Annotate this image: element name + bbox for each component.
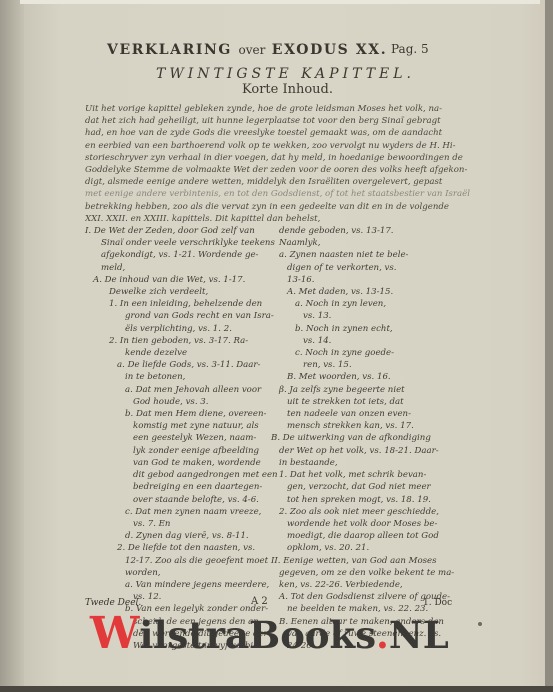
watermark-first-letter: W	[90, 608, 139, 659]
chapter-title: TWINTIGSTE KAPITTEL.	[83, 66, 478, 82]
outline-line: gegeven, om ze den volke bekent te ma-	[271, 567, 471, 579]
intro-line: digt, alsmede eenige andere wetten, midd…	[85, 176, 478, 188]
outline-line: I. De Wet der Zeden, door God zelf van	[85, 225, 260, 237]
intro-line: storieschryver zyn verhaal in dier voege…	[85, 152, 478, 164]
running-head-word-verklaring: VERKLARING	[107, 42, 232, 58]
outline-line: over staande belofte, vs. 4-6.	[85, 494, 260, 506]
intro-line: en eerbied van een barthoerend volk op t…	[85, 140, 478, 152]
outline-line: dit gebod aangedrongen met een	[85, 469, 260, 481]
right-column: dende geboden, vs. 13-17.Naamlyk,a. Zyne…	[271, 225, 471, 652]
watermark-middle: ilstraBooks	[139, 613, 376, 657]
watermark-suffix: NL	[389, 613, 449, 657]
outline-line: ëls verplichting, vs. 1. 2.	[85, 323, 260, 335]
outline-line: a. Noch in zyn leven,	[271, 298, 471, 310]
outline-line: Naamlyk,	[271, 237, 471, 249]
outline-line: A. De inhoud van die Wet, vs. 1-17.	[85, 274, 260, 286]
outline-line: c. Noch in zyne goede-	[271, 347, 471, 359]
outline-line: 2. De liefde tot den naasten, vs.	[85, 542, 260, 554]
watermark-dot: .	[376, 613, 389, 657]
outline-line: meld,	[85, 262, 260, 274]
intro-paragraph: Uit het vorige kapittel gebleken zynde, …	[83, 103, 478, 225]
outline-line: c. Dat men zynen naam vreeze,	[85, 506, 260, 518]
outline-line: 2. Zoo als ook niet meer geschiedde,	[271, 506, 471, 518]
outline-line: worden,	[85, 567, 260, 579]
page-top-edge	[20, 0, 540, 4]
outline-line: 12-17. Zoo als die geoefent moet	[85, 555, 260, 567]
outline-line: in bestaande,	[271, 457, 471, 469]
chapter-subtitle: Korte Inhoud.	[83, 82, 478, 97]
outline-line: wordende het volk door Moses be-	[271, 518, 471, 530]
intro-line: betrekking hebben, zoo als die vervat zy…	[85, 201, 478, 213]
running-head-title: VERKLARING over EXODUS XX.	[107, 42, 387, 58]
outline-line: van God te maken, wordende	[85, 457, 260, 469]
outline-line: 1. In een inleiding, behelzende den	[85, 298, 260, 310]
outline-line: een geestelyk Wezen, naam-	[85, 432, 260, 444]
outline-line: a. Zynen naasten niet te bele-	[271, 249, 471, 261]
left-column: I. De Wet der Zeden, door God zelf vanSi…	[85, 225, 260, 652]
running-head-word-over: over	[238, 43, 265, 57]
outline-line: b. Noch in zynen echt,	[271, 323, 471, 335]
outline-line: d. Zynen dag vierē, vs. 8-11.	[85, 530, 260, 542]
outline-line: bedreiging en een daartegen-	[85, 481, 260, 493]
outline-line: digen of te verkorten, vs.	[271, 262, 471, 274]
scan-bottom-edge	[0, 686, 553, 692]
page-content: VERKLARING over EXODUS XX. Pag. 5 TWINTI…	[83, 38, 478, 225]
outline-line: a. Dat men Jehovah alleen voor	[85, 384, 260, 396]
gathering-signature: A 2	[251, 596, 268, 607]
outline-line: mensch strekken kan, vs. 17.	[271, 420, 471, 432]
outline-line: B. De uitwerking van de afkondiging	[271, 432, 471, 444]
outline-line: 13-16.	[271, 274, 471, 286]
outline-line: opklom, vs. 20. 21.	[271, 542, 471, 554]
outline-line: komstig met zyne natuur, als	[85, 420, 260, 432]
outline-line: β. Ja zelfs zyne begeerte niet	[271, 384, 471, 396]
intro-line: had, en hoe van de zyde Gods die vreesly…	[85, 127, 478, 139]
intro-line: dat het zich had geheiligt, uit hunne le…	[85, 115, 478, 127]
page-gutter-shadow	[0, 0, 24, 692]
outline-line: vs. 14.	[271, 335, 471, 347]
scanned-book-page: VERKLARING over EXODUS XX. Pag. 5 TWINTI…	[0, 0, 553, 692]
outline-line: B. Met woorden, vs. 16.	[271, 371, 471, 383]
outline-line: ken, vs. 22-26. Verbiedende,	[271, 579, 471, 591]
outline-line: moedigt, die daarop alleen tot God	[271, 530, 471, 542]
page-number: Pag. 5	[391, 42, 429, 56]
outline-line: Sinaï onder veele verschriklyke teekens	[85, 237, 260, 249]
outline-line: God houde, vs. 3.	[85, 396, 260, 408]
outline-line: dende geboden, vs. 13-17.	[271, 225, 471, 237]
outline-line: vs. 7. En	[85, 518, 260, 530]
outline-line: a. Van mindere jegens meerdere,	[85, 579, 260, 591]
outline-line: lyk zonder eenige afbeelding	[85, 445, 260, 457]
intro-line: met eenige andere verbintenis, en tot de…	[85, 188, 478, 200]
outline-line: kende dezelve	[85, 347, 260, 359]
outline-line: a. De liefde Gods, vs. 3-11. Daar-	[85, 359, 260, 371]
running-head-word-exodus: EXODUS XX.	[272, 42, 387, 58]
outline-line: gen, verzocht, dat God niet meer	[271, 481, 471, 493]
volume-signature: Twede Deel.	[85, 598, 141, 608]
outline-line: vs. 13.	[271, 310, 471, 322]
wilstrabooks-watermark: WilstraBooks.NL	[90, 608, 449, 659]
outline-line: 2. In tien geboden, vs. 3-17. Ra-	[85, 335, 260, 347]
outline-line: uit te strekken tot iets, dat	[271, 396, 471, 408]
outline-line: II. Eenige wetten, van God aan Moses	[271, 555, 471, 567]
outline-line: 1. Dat het volk, met schrik bevan-	[271, 469, 471, 481]
outline-line: grond van Gods recht en van Isra-	[85, 310, 260, 322]
intro-line: Goddelyke Stemme de volmaakte Wet der ze…	[85, 164, 478, 176]
outline-line: afgekondigt, vs. 1-21. Wordende ge-	[85, 249, 260, 261]
paper-speck	[478, 622, 482, 626]
outline-line: tot hen spreken mogt, vs. 18. 19.	[271, 494, 471, 506]
outline-line: Dewelke zich verdeelt,	[85, 286, 260, 298]
intro-line: Uit het vorige kapittel gebleken zynde, …	[85, 103, 478, 115]
running-head: VERKLARING over EXODUS XX. Pag. 5	[83, 38, 478, 60]
intro-line: XXI. XXII. en XXIII. kapittels. Dit kapi…	[85, 213, 478, 225]
catchword: 1. Doc	[423, 598, 452, 608]
page-right-edge	[545, 0, 553, 692]
outline-line: in te betonen,	[85, 371, 260, 383]
outline-line: b. Dat men Hem diene, overeen-	[85, 408, 260, 420]
outline-line: A. Met daden, vs. 13-15.	[271, 286, 471, 298]
outline-line: ren, vs. 15.	[271, 359, 471, 371]
outline-line: ten nadeele van onzen even-	[271, 408, 471, 420]
outline-line: der Wet op het volk, vs. 18-21. Daar-	[271, 445, 471, 457]
